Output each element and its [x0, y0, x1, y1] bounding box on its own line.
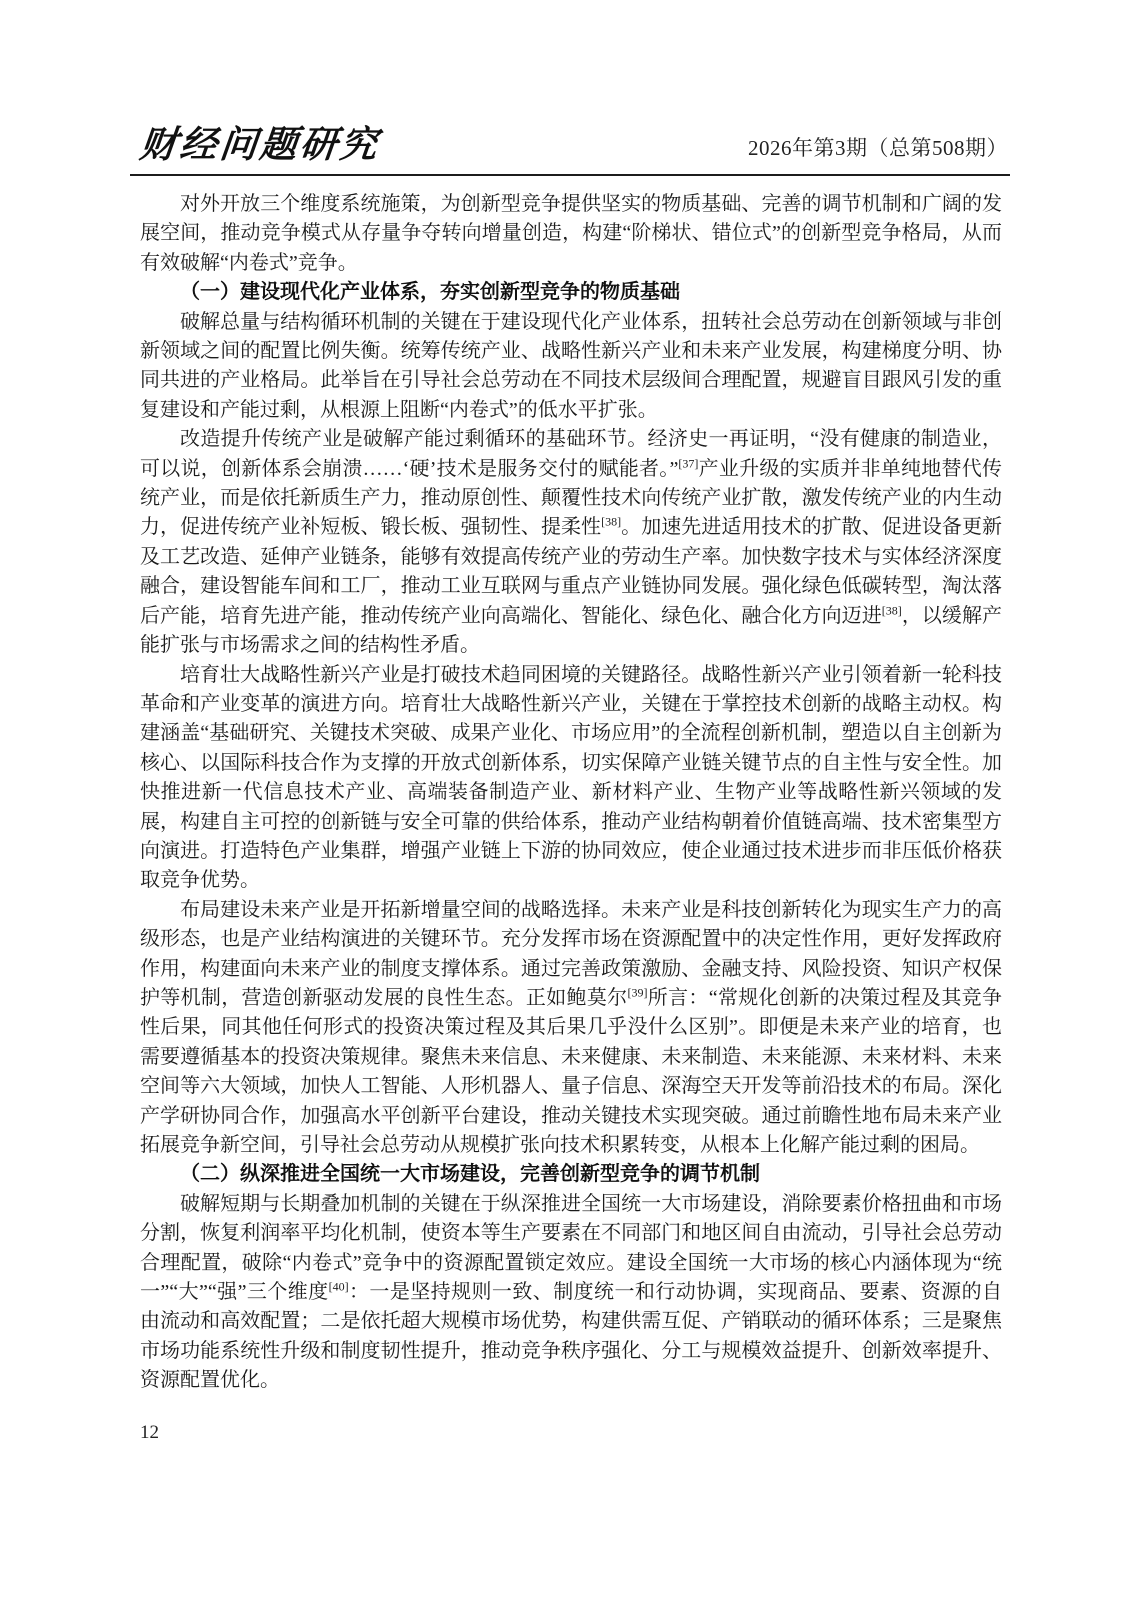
- citation-38-second: [38]: [882, 603, 902, 617]
- paragraph-intro: 对外开放三个维度系统施策，为创新型竞争提供坚实的物质基础、完善的调节机制和广阔的…: [140, 190, 1002, 278]
- citation-38: [38]: [601, 515, 621, 529]
- citation-37: [37]: [678, 456, 698, 470]
- citation-39: [39]: [628, 985, 648, 999]
- text-run: 所言：“常规化创新的决策过程及其竞争性后果，同其他任何形式的投资决策过程及其后果…: [140, 987, 1002, 1156]
- paragraph-unified-market: 破解短期与长期叠加机制的关键在于纵深推进全国统一大市场建设，消除要素价格扭曲和市…: [140, 1190, 1002, 1396]
- issue-info: 2026年第3期（总第508期）: [748, 136, 1008, 163]
- paragraph-traditional-industry: 改造提升传统产业是破解产能过剩循环的基础环节。经济史一再证明，“没有健康的制造业…: [140, 425, 1002, 660]
- article-body: 对外开放三个维度系统施策，为创新型竞争提供坚实的物质基础、完善的调节机制和广阔的…: [140, 190, 1002, 1396]
- paragraph-modern-industry: 破解总量与结构循环机制的关键在于建设现代化产业体系，扭转社会总劳动在创新领域与非…: [140, 308, 1002, 426]
- section-heading-two: （二）纵深推进全国统一大市场建设，完善创新型竞争的调节机制: [140, 1160, 1002, 1189]
- journal-logo: 财经问题研究: [138, 126, 382, 163]
- document-page: 财经问题研究 2026年第3期（总第508期） 对外开放三个维度系统施策，为创新…: [0, 0, 1140, 1600]
- page-number: 12: [140, 1422, 159, 1444]
- paragraph-strategic-industry: 培育壮大战略性新兴产业是打破技术趋同困境的关键路径。战略性新兴产业引领着新一轮科…: [140, 661, 1002, 896]
- paragraph-future-industry: 布局建设未来产业是开拓新增量空间的战略选择。未来产业是科技创新转化为现实生产力的…: [140, 896, 1002, 1161]
- header-divider: [130, 174, 1010, 176]
- citation-40: [40]: [329, 1279, 349, 1293]
- section-heading-one: （一）建设现代化产业体系，夯实创新型竞争的物质基础: [140, 278, 1002, 307]
- page-header: 财经问题研究 2026年第3期（总第508期）: [140, 126, 1008, 163]
